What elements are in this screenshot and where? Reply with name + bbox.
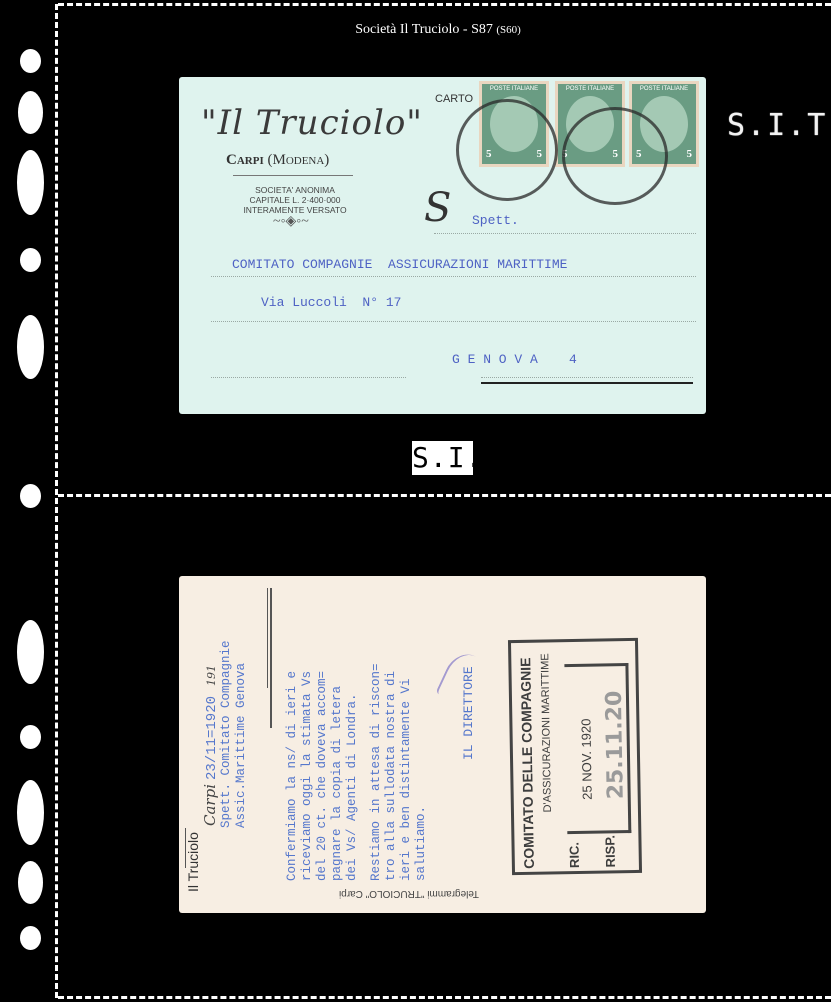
back-addressee: Spett. Comitato Compagnie Assic.Marittim… <box>219 640 249 828</box>
ornament-icon: ~◦◈◦~ <box>273 213 309 230</box>
divider <box>233 175 353 176</box>
binder-hole <box>20 725 41 749</box>
body-paragraph-2: Restiamo in attesa di riscon= tro alla s… <box>369 663 429 881</box>
perfin-label-small: S.I.T. <box>412 441 473 475</box>
company-logo: "Il Truciolo" <box>201 103 423 143</box>
page-title-main: Società Il Truciolo - S87 <box>355 22 493 37</box>
address-line <box>211 276 696 277</box>
binder-hole <box>20 248 41 272</box>
postmark <box>562 107 668 205</box>
date-rule <box>267 588 268 688</box>
page-title: Società Il Truciolo - S87 (S60) <box>0 22 831 38</box>
binder-hole <box>17 315 44 379</box>
place-date: Carpi 23/11=1920 191 <box>201 665 220 826</box>
corporate-info: SOCIETA' ANONIMA CAPITALE L. 2·400·000 I… <box>225 185 365 215</box>
album-bottom-line <box>58 996 831 999</box>
address-line <box>211 321 696 322</box>
binder-hole <box>20 49 41 73</box>
company-city: Carpi (Modena) <box>226 152 329 169</box>
address-line <box>434 233 696 234</box>
salutation: Spett. <box>472 213 519 228</box>
letterhead-rule <box>185 828 186 868</box>
binder-hole <box>17 620 44 684</box>
addressee: COMITATO COMPAGNIE ASSICURAZIONI MARITTI… <box>232 257 567 272</box>
telegram-address: Telegrammi "TRUCIOLO" Carpi <box>339 888 479 899</box>
binder-hole <box>17 780 44 845</box>
body-paragraph-1: Confermiamo la ns/ di ieri e riceviamo o… <box>285 671 360 881</box>
binder-hole <box>20 926 41 950</box>
postmark <box>456 99 558 201</box>
binder-hole <box>20 484 41 508</box>
postcard-back: Il Truciolo Carpi 23/11=1920 191 Spett. … <box>179 576 706 913</box>
album-divider-line <box>58 494 831 497</box>
binder-hole <box>17 150 44 215</box>
address-line <box>481 377 693 378</box>
card-type-label: CARTO <box>435 93 473 105</box>
signature <box>435 647 494 710</box>
destination-city: G E N O V A 4 <box>452 352 577 367</box>
album-top-line <box>58 3 831 6</box>
received-stamp: COMITATO DELLE COMPAGNIE D'ASSICURAZIONI… <box>508 638 642 875</box>
page-title-ref: (S60) <box>496 24 520 36</box>
underline <box>481 382 693 384</box>
street-address: Via Luccoli N° 17 <box>261 295 401 310</box>
letterhead: Il Truciolo <box>185 832 201 892</box>
address-rule <box>270 588 272 728</box>
postcard-front: "Il Truciolo" Carpi (Modena) SOCIETA' AN… <box>179 77 706 414</box>
album-margin-line <box>55 4 58 998</box>
address-line <box>211 377 406 378</box>
binder-hole <box>18 91 43 134</box>
binder-hole <box>18 861 43 904</box>
perfin-label: S.I.T. <box>727 108 831 143</box>
salutation-initial: S <box>424 185 451 231</box>
